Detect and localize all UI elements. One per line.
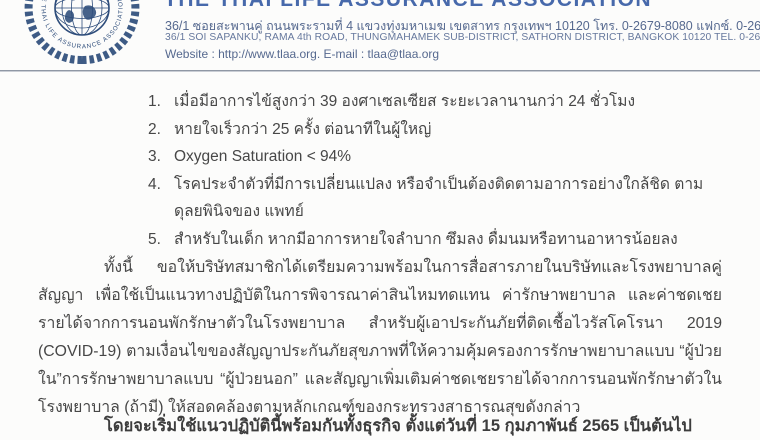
header-divider (0, 70, 760, 72)
list-item: 3. Oxygen Saturation < 94% (148, 143, 723, 171)
list-item-text: เมื่อมีอาการไข้สูงกว่า 39 องศาเซลเซียส ร… (174, 88, 723, 116)
list-item-text: โรคประจำตัวที่มีการเปลี่ยนแปลง หรือจำเป็… (174, 171, 723, 226)
list-item-text: สำหรับในเด็ก หากมีอาการหายใจลำบาก ซึมลง … (174, 226, 723, 254)
list-item: 5. สำหรับในเด็ก หากมีอาการหายใจลำบาก ซึม… (148, 226, 723, 254)
symptom-list: 1. เมื่อมีอาการไข้สูงกว่า 39 องศาเซลเซีย… (148, 88, 723, 253)
list-item-number: 2. (148, 116, 174, 144)
list-item-number: 3. (148, 143, 174, 171)
list-item-text: Oxygen Saturation < 94% (174, 143, 723, 171)
document-page: THE THAI LIFE ASSURANCE ASSOCIATION THE … (0, 0, 760, 440)
list-item-number: 4. (148, 171, 174, 226)
list-item: 1. เมื่อมีอาการไข้สูงกว่า 39 องศาเซลเซีย… (148, 88, 723, 116)
org-name: THE THAI LIFE ASSURANCE ASSOCIATION (164, 0, 652, 12)
body-paragraph: ทั้งนี้ ขอให้บริษัทสมาชิกได้เตรียมความพร… (38, 254, 722, 422)
list-item-text: หายใจเร็วกว่า 25 ครั้ง ต่อนาทีในผู้ใหญ่ (174, 116, 723, 144)
address-english: 36/1 SOI SAPANKU, RAMA 4th ROAD, THUNGMA… (165, 32, 760, 43)
list-item-number: 1. (148, 88, 174, 116)
list-item: 4. โรคประจำตัวที่มีการเปลี่ยนแปลง หรือจำ… (148, 171, 723, 226)
list-item: 2. หายใจเร็วกว่า 25 ครั้ง ต่อนาทีในผู้ให… (148, 116, 723, 144)
tlaa-emblem-logo: THE THAI LIFE ASSURANCE ASSOCIATION (22, 0, 142, 68)
effective-date-line: โดยจะเริ่มใช้แนวปฏิบัตินี้พร้อมกันทั้งธุ… (104, 413, 724, 439)
website-email-line: Website : http://www.tlaa.org. E-mail : … (165, 47, 439, 61)
list-item-number: 5. (148, 226, 174, 254)
